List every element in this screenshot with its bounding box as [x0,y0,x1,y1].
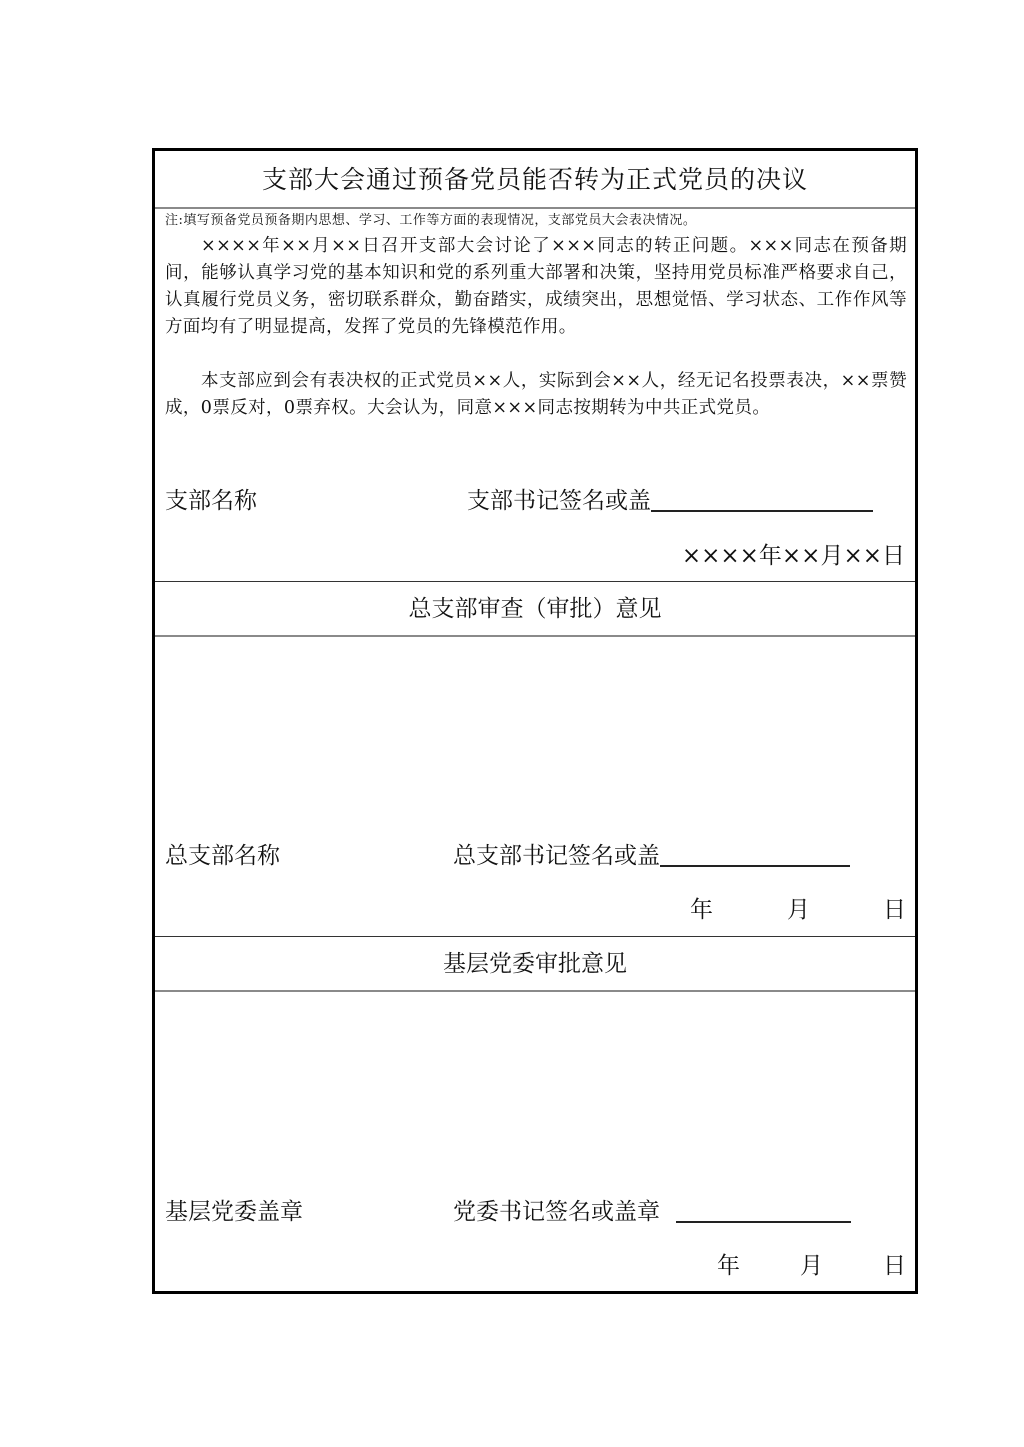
committee-secretary-label: 党委书记签名或盖章 [453,1199,660,1225]
form-note: 注:填写预备党员预备期内思想、学习、工作等方面的表现情况，支部党员大会表决情况。 [165,210,910,232]
committee-date-day: 日 [883,1251,906,1281]
branch-date: ××××年××月××日 [682,541,905,571]
committee-signature-line[interactable] [676,1221,851,1223]
resolution-paragraph-2: 本支部应到会有表决权的正式党员××人，实际到会××人，经无记名投票表决，××票赞… [165,368,907,422]
committee-date-year: 年 [717,1251,740,1281]
general-branch-date-month: 月 [787,895,810,925]
form-title: 支部大会通过预备党员能否转为正式党员的决议 [155,151,915,208]
divider [155,635,915,637]
committee-secretary-signature: 党委书记签名或盖章 [453,1197,851,1227]
branch-name-label: 支部名称 [165,486,257,516]
committee-approval-header: 基层党委审批意见 [155,938,915,990]
branch-secretary-signature: 支部书记签名或盖 [467,486,873,516]
general-branch-name-label: 总支部名称 [165,841,280,871]
branch-secretary-label: 支部书记签名或盖 [467,488,651,514]
resolution-paragraph-1: ××××年××月××日召开支部大会讨论了×××同志的转正问题。×××同志在预备期… [165,233,907,341]
divider [155,936,915,937]
branch-signature-line[interactable] [651,510,873,512]
committee-date-month: 月 [800,1251,823,1281]
general-branch-secretary-signature: 总支部书记签名或盖 [453,841,850,871]
general-branch-date-year: 年 [690,895,713,925]
divider [155,581,915,582]
divider [155,207,915,209]
committee-seal-label: 基层党委盖章 [165,1197,303,1227]
general-branch-secretary-label: 总支部书记签名或盖 [453,843,660,869]
general-branch-signature-line[interactable] [660,865,850,867]
general-branch-review-header: 总支部审查（审批）意见 [155,583,915,635]
resolution-form: 支部大会通过预备党员能否转为正式党员的决议 注:填写预备党员预备期内思想、学习、… [152,148,918,1294]
divider [155,990,915,992]
general-branch-date-day: 日 [883,895,906,925]
